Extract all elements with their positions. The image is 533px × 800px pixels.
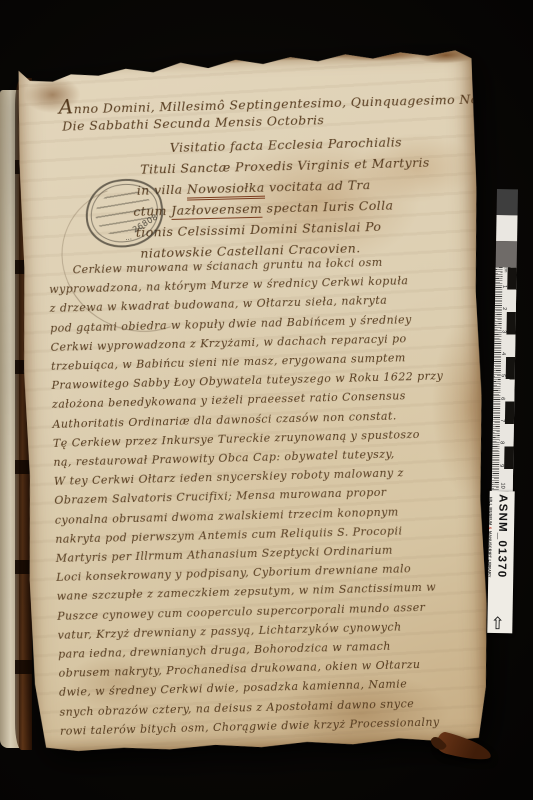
underlined-place-name: Nowosiołka bbox=[187, 180, 265, 201]
manuscript-body: Cerkiew murowana w ścianach gruntu na ło… bbox=[49, 251, 479, 741]
photographic-scale-bar: cm 1 2 3 4 5 6 7 8 9 10 ASNM_01370 HILL … bbox=[489, 189, 518, 633]
header-line-5-post: vocitata ad Tra bbox=[264, 177, 370, 195]
library-name-part1: HILL MUSEUM bbox=[488, 497, 493, 527]
scale-number: 1 bbox=[501, 285, 506, 288]
scale-number: 10 bbox=[499, 483, 504, 489]
manuscript-page: 26808 ··· Anno Domini, Millesimô Septing… bbox=[16, 49, 491, 754]
scale-number: 8 bbox=[499, 441, 504, 444]
scale-number: 6 bbox=[499, 397, 504, 400]
scale-swatch-midgray bbox=[496, 241, 517, 267]
scale-number: 3 bbox=[501, 330, 506, 333]
scale-swatch-darkgray bbox=[497, 189, 518, 215]
scale-number: 2 bbox=[501, 307, 506, 310]
manuscript-header-line-4: Tituli Sanctæ Proxedis Virginis et Marty… bbox=[140, 155, 430, 177]
scale-swatch-white bbox=[496, 215, 517, 241]
scale-number: 9 bbox=[498, 464, 503, 467]
stamp-dots: ··· bbox=[125, 235, 133, 244]
manuscript-header-line-5: in villa Nowosiołka vocitata ad Tra bbox=[137, 177, 371, 198]
scale-unit-label: cm bbox=[504, 267, 509, 272]
scale-number: 4 bbox=[500, 352, 505, 355]
millimeter-ticks bbox=[492, 267, 503, 491]
manuscript-page-wrap: 26808 ··· Anno Domini, Millesimô Septing… bbox=[16, 49, 491, 754]
underlined-district-name: Jazłoveensem bbox=[171, 201, 262, 220]
photo-background: 26808 ··· Anno Domini, Millesimô Septing… bbox=[0, 0, 533, 800]
library-name: HILL MUSEUM & MANUSCRIPT LIBRARY bbox=[487, 497, 492, 578]
centimeter-scale: cm 1 2 3 4 5 6 7 8 9 10 bbox=[492, 267, 517, 491]
shelfmark-id: ASNM_01370 bbox=[495, 494, 508, 578]
manuscript-header-line-3: Visitatio facta Ecclesia Parochialis bbox=[170, 134, 403, 155]
scale-number: 5 bbox=[500, 374, 505, 377]
up-arrow-icon: ⇧ bbox=[490, 616, 505, 633]
reference-label: ASNM_01370 HILL MUSEUM & MANUSCRIPT LIBR… bbox=[487, 491, 514, 633]
page-top-damage bbox=[16, 49, 474, 80]
library-name-part2: MANUSCRIPT LIBRARY bbox=[487, 530, 492, 578]
stamp-illegible-text bbox=[92, 186, 157, 241]
scale-number: 7 bbox=[499, 419, 504, 422]
header-line-6-post: spectan Iuris Colla bbox=[262, 198, 394, 216]
centimeter-squares bbox=[504, 267, 517, 491]
